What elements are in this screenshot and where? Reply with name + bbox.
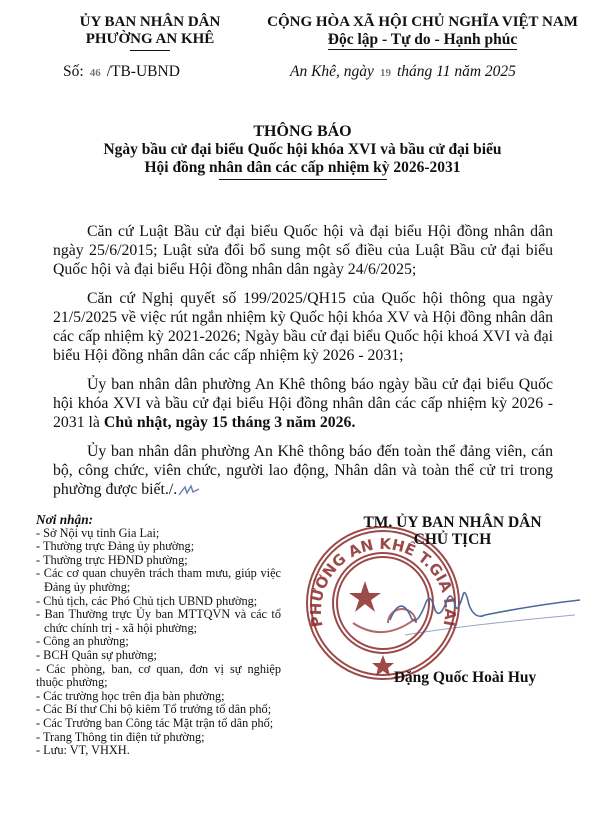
recipient-item: - Công an phường;	[36, 635, 281, 649]
doc-number-value: 46	[90, 67, 101, 79]
recipient-item: - Thường trực HĐND phường;	[36, 554, 281, 568]
recipient-item: - Lưu: VT, VHXH.	[36, 744, 281, 758]
title-subtitle-1: Ngày bầu cử đại biểu Quốc hội khóa XVI v…	[60, 141, 545, 159]
place-prefix: An Khê, ngày	[290, 63, 374, 80]
recipient-item: - Các Trưởng ban Công tác Mặt trận tổ dâ…	[36, 717, 281, 731]
body-paragraph-3: Ủy ban nhân dân phường An Khê thông báo …	[53, 375, 553, 432]
recipient-item: - Các cơ quan chuyên trách tham mưu, giú…	[36, 567, 281, 594]
recipient-item: - Trang Thông tin điện tử phường;	[36, 731, 281, 745]
national-motto: Độc lập - Tự do - Hạnh phúc	[328, 31, 517, 50]
doc-number-suffix: /TB-UBND	[107, 63, 180, 80]
agency-line-2: PHƯỜNG AN KHÊ	[40, 31, 260, 48]
body-paragraph-4: Ủy ban nhân dân phường An Khê thông báo …	[53, 442, 553, 499]
recipients-heading: Nơi nhận:	[36, 513, 281, 527]
signature-block: TM. ỦY BAN NHÂN DÂN CHỦ TỊCH	[325, 514, 580, 548]
recipients-list: Nơi nhận: - Sở Nội vụ tỉnh Gia Lai;- Thư…	[36, 513, 281, 758]
recipient-item: - Chủ tịch, các Phó Chủ tịch UBND phường…	[36, 595, 281, 609]
signature-title-1: TM. ỦY BAN NHÂN DÂN	[325, 514, 580, 531]
recipient-item: - BCH Quân sự phường;	[36, 649, 281, 663]
doc-number-label: Số:	[63, 63, 84, 80]
agency-underline	[130, 50, 170, 51]
recipient-item: - Sở Nội vụ tỉnh Gia Lai;	[36, 527, 281, 541]
title-underline	[219, 179, 387, 180]
signer-name: Đặng Quốc Hoài Huy	[370, 669, 560, 687]
recipient-item: - Ban Thường trực Ủy ban MTTQVN và các t…	[36, 608, 281, 635]
initials-scribble-icon	[177, 483, 203, 497]
national-header: CỘNG HÒA XÃ HỘI CHỦ NGHĨA VIỆT NAM Độc l…	[250, 14, 595, 50]
handwritten-signature-icon	[385, 575, 585, 645]
nation-name: CỘNG HÒA XÃ HỘI CHỦ NGHĨA VIỆT NAM	[250, 14, 595, 31]
body-paragraph-1: Căn cứ Luật Bầu cử đại biểu Quốc hội và …	[53, 222, 553, 279]
place-date: An Khê, ngày19tháng 11 năm 2025	[290, 63, 516, 81]
date-day: 19	[380, 67, 391, 79]
recipient-item: - Thường trực Đảng ủy phường;	[36, 540, 281, 554]
paragraph-4-text: Ủy ban nhân dân phường An Khê thông báo …	[53, 443, 553, 498]
signature-title-2: CHỦ TỊCH	[325, 531, 580, 548]
place-suffix: tháng 11 năm 2025	[397, 63, 516, 80]
issuing-agency: ỦY BAN NHÂN DÂN PHƯỜNG AN KHÊ	[40, 14, 260, 51]
title-heading: THÔNG BÁO	[60, 122, 545, 141]
document-body: Căn cứ Luật Bầu cử đại biểu Quốc hội và …	[53, 222, 553, 509]
document-title: THÔNG BÁO Ngày bầu cử đại biểu Quốc hội …	[60, 122, 545, 180]
document-number: Số:46/TB-UBND	[63, 63, 180, 81]
body-paragraph-2: Căn cứ Nghị quyết số 199/2025/QH15 của Q…	[53, 289, 553, 365]
election-date: Chủ nhật, ngày 15 tháng 3 năm 2026.	[104, 414, 356, 431]
recipient-item: - Các trường học trên địa bàn phường;	[36, 690, 281, 704]
recipient-item: - Các Bí thư Chi bộ kiêm Tổ trưởng tổ dâ…	[36, 703, 281, 717]
agency-line-1: ỦY BAN NHÂN DÂN	[40, 14, 260, 31]
recipient-item: - Các phòng, ban, cơ quan, đơn vị sự ngh…	[36, 663, 281, 690]
title-subtitle-2: Hội đồng nhân dân các cấp nhiệm kỳ 2026-…	[60, 159, 545, 177]
